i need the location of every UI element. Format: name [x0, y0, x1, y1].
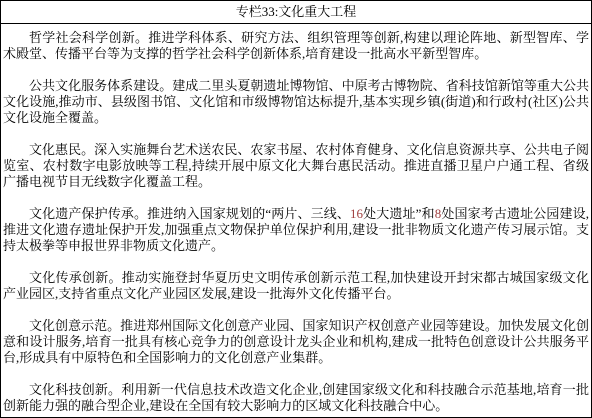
paragraph-culture-creative-demonstration: 文化创意示范。推进郑州国际文化创意产业园、国家知识产权创意产业园等建设。加快发展…	[3, 318, 589, 366]
heritage-text-a: 文化遗产保护传承。推进纳入国家规划的“两片、三线、	[29, 206, 350, 221]
column-title: 专栏33:文化重大工程	[1, 1, 591, 24]
column-box: 专栏33:文化重大工程 哲学社会科学创新。推进学科体系、研究方法、组织管理等创新…	[0, 0, 592, 418]
paragraph-culture-inheritance-innovation: 文化传承创新。推动实施登封华夏历史文明传承创新示范工程,加快建设开封宋都古城国家…	[3, 270, 589, 302]
paragraph-philosophy-social-science: 哲学社会科学创新。推进学科体系、研究方法、组织管理等创新,构建以理论阵地、新型智…	[3, 30, 589, 62]
paragraph-culture-benefit-people: 文化惠民。深入实施舞台艺术送农民、农家书屋、农村体育健身、文化信息资源共享、公共…	[3, 142, 589, 190]
column-body: 哲学社会科学创新。推进学科体系、研究方法、组织管理等创新,构建以理论阵地、新型智…	[1, 24, 591, 414]
paragraph-culture-technology-innovation: 文化科技创新。利用新一代信息技术改造文化企业,创建国家级文化和科技融合示范基地,…	[3, 382, 589, 414]
heritage-number-16: 16	[350, 206, 363, 221]
paragraph-heritage-protection: 文化遗产保护传承。推进纳入国家规划的“两片、三线、16处大遗址”和8处国家考古遗…	[3, 206, 589, 254]
paragraph-public-culture-service: 公共文化服务体系建设。建成二里头夏朝遗址博物馆、中原考古博物院、省科技馆新馆等重…	[3, 78, 589, 126]
heritage-text-b: 处大遗址”和	[363, 206, 435, 221]
